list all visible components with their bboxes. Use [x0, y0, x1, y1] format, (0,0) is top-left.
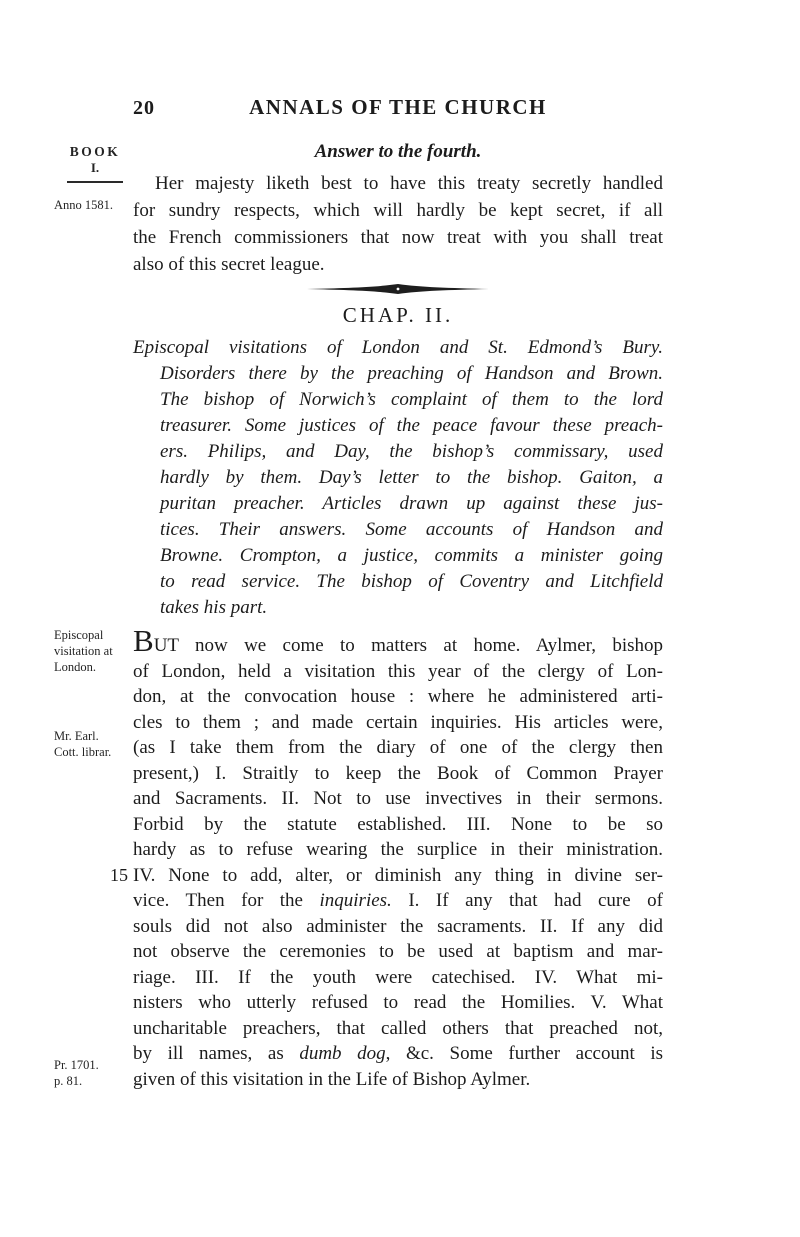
- text-line: tices. Their answers. Some accounts of H…: [133, 517, 663, 543]
- text-line: also of this secret league.: [133, 251, 663, 278]
- italic-text-run: inquiries.: [320, 890, 392, 911]
- text-line: Browne. Crompton, a justice, commits a m…: [133, 543, 663, 569]
- chapter-summary: Episcopal visitations of London and St. …: [133, 335, 663, 621]
- sidenote-line: London.: [54, 659, 136, 675]
- text-line: puritan preacher. Articles drawn up agai…: [133, 491, 663, 517]
- text-run: IV. None to add, alter, or diminish any …: [133, 865, 663, 886]
- text-line: (as I take them from the diary of one of…: [133, 735, 663, 761]
- chapter-heading: CHAP. II.: [133, 303, 663, 328]
- book-number: I.: [54, 160, 136, 175]
- text-line: for sundry respects, which will hardly b…: [133, 197, 663, 224]
- text-line: by ill names, as dumb dog, &c. Some furt…: [133, 1041, 663, 1067]
- body-paragraph: BUT now we come to matters at home. Aylm…: [133, 625, 663, 1092]
- divider-ornament-icon: [307, 282, 489, 296]
- text-line: uncharitable preachers, that called othe…: [133, 1016, 663, 1042]
- text-line: Forbid by the statute established. III. …: [133, 812, 663, 838]
- text-run: by ill names, as: [133, 1043, 299, 1064]
- text-line: vice. Then for the inquiries. I. If any …: [133, 888, 663, 914]
- sidenote-source-cotton: Mr. Earl.Cott. librar.: [54, 728, 136, 760]
- drop-capital: B: [133, 623, 154, 658]
- text-line: Her majesty liketh best to have this tre…: [133, 170, 663, 197]
- text-line: Episcopal visitations of London and St. …: [133, 335, 663, 361]
- text-line: The bishop of Norwich’s complaint of the…: [133, 387, 663, 413]
- text-run: vice. Then for the: [133, 890, 320, 911]
- text-line: not observe the ceremonies to be used at…: [133, 939, 663, 965]
- section-divider: [133, 282, 663, 296]
- sidenote-line: visitation at: [54, 643, 136, 659]
- text-line: to read service. The bishop of Coventry …: [133, 569, 663, 595]
- running-title: ANNALS OF THE CHURCH: [133, 95, 663, 120]
- text-line: takes his part.: [133, 595, 663, 621]
- dropcap-rest: UT: [154, 635, 179, 656]
- text-line: of London, held a visitation this year o…: [133, 659, 663, 685]
- text-line: hardly by them. Day’s letter to the bish…: [133, 465, 663, 491]
- text-run: , &c. Some further account is: [386, 1043, 663, 1064]
- sidenote-line: p. 81.: [54, 1073, 136, 1089]
- text-line: hardy as to refuse wearing the surplice …: [133, 837, 663, 863]
- text-line: cles to them ; and made certain inquirie…: [133, 710, 663, 736]
- text-line: treasurer. Some justices of the peace fa…: [133, 413, 663, 439]
- marginal-line-number: 15: [110, 863, 128, 889]
- scanned-book-page: 20 ANNALS OF THE CHURCH BOOK I. Anno 158…: [0, 0, 800, 1237]
- sidenote-book: BOOK I.: [54, 143, 136, 183]
- answer-heading: Answer to the fourth.: [133, 141, 663, 163]
- text-line: 15IV. None to add, alter, or diminish an…: [133, 863, 663, 889]
- text-line: riage. III. If the youth were catechised…: [133, 965, 663, 991]
- sidenote-visitation: Episcopalvisitation atLondon.: [54, 627, 136, 675]
- text-line: Disorders there by the preaching of Hand…: [133, 361, 663, 387]
- book-label: BOOK: [54, 143, 136, 160]
- text-line: ers. Philips, and Day, the bishop’s comm…: [133, 439, 663, 465]
- sidenote-source-print: Pr. 1701.p. 81.: [54, 1057, 136, 1089]
- italic-text-run: dumb dog: [299, 1043, 385, 1064]
- text-line: given of this visitation in the Life of …: [133, 1067, 663, 1093]
- text-line: and Sacraments. II. Not to use invective…: [133, 786, 663, 812]
- text-run: I. If any that had cure of: [392, 890, 663, 911]
- text-line: don, at the convocation house : where he…: [133, 684, 663, 710]
- sidenote-rule: [67, 181, 123, 183]
- text-line: present,) I. Straitly to keep the Book o…: [133, 761, 663, 787]
- answer-paragraph: Her majesty liketh best to have this tre…: [133, 170, 663, 278]
- sidenote-anno: Anno 1581.: [54, 197, 136, 213]
- sidenote-line: Episcopal: [54, 627, 136, 643]
- sidenote-line: Cott. librar.: [54, 744, 136, 760]
- text-line: nisters who utterly refused to read the …: [133, 990, 663, 1016]
- text-line: souls did not also administer the sacram…: [133, 914, 663, 940]
- text-run: now we come to matters at home. Aylmer, …: [179, 635, 663, 656]
- text-line: the French commissioners that now treat …: [133, 224, 663, 251]
- sidenote-line: Mr. Earl.: [54, 728, 136, 744]
- text-line: BUT now we come to matters at home. Aylm…: [133, 625, 663, 659]
- sidenote-line: Pr. 1701.: [54, 1057, 136, 1073]
